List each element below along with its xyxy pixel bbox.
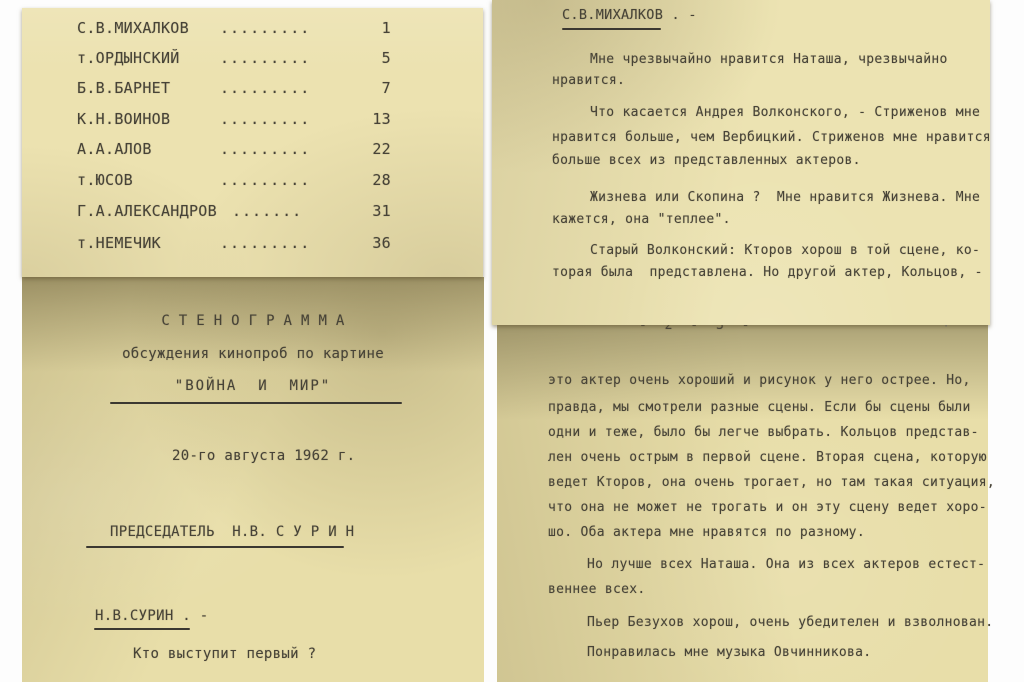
toc-name: Г.А.АЛЕКСАНДРОВ — [77, 202, 217, 220]
mikhalkov-underline — [562, 28, 661, 30]
toc-dots: ......... — [220, 110, 310, 128]
toc-name: Б.В.БАРНЕТ — [77, 79, 170, 97]
chairman-underline — [86, 546, 344, 548]
scanned-document-page: { "document": { "language": "ru", "kind"… — [0, 0, 1024, 682]
speech-line: Пьер Безухов хорош, очень убедителен и в… — [587, 615, 993, 630]
toc-row: т.ЮСОВ ......... 28 — [77, 171, 437, 193]
speech-line: больше всех из представленных актеров. — [552, 153, 861, 168]
toc-dots: ......... — [220, 79, 310, 97]
toc-name: т.ОРДЫНСКИЙ — [77, 49, 180, 67]
speech-line: лен очень острым в первой сцене. Вторая … — [548, 450, 987, 465]
speech-line: кажется, она "теплее". — [552, 212, 731, 227]
speech-line: Старый Волконский: Кторов хорош в той сц… — [590, 243, 980, 258]
toc-row: С.В.МИХАЛКОВ ......... 1 — [77, 19, 437, 41]
toc-page-number: 1 — [345, 19, 391, 37]
speech-line: нравится больше, чем Вербицкий. Стрижено… — [552, 130, 991, 145]
speech-line: ведет Кторов, она очень трогает, но там … — [548, 475, 995, 490]
film-title: "ВОЙНА И МИР" — [22, 378, 484, 394]
toc-page-number: 5 — [345, 49, 391, 67]
speech-line: правда, мы смотрели разные сцены. Если б… — [548, 400, 971, 415]
toc-sheet: С.В.МИХАЛКОВ ......... 1 т.ОРДЫНСКИЙ ...… — [22, 8, 483, 277]
toc-dots: ......... — [220, 49, 310, 67]
toc-row: Г.А.АЛЕКСАНДРОВ ....... 31 — [77, 202, 437, 224]
chairman-line: ПРЕДСЕДАТЕЛЬ Н.В. С У Р И Н — [110, 524, 354, 540]
speech-line: Что касается Андрея Волконского, - Стриж… — [590, 105, 980, 120]
speech-line: нравится. — [552, 73, 625, 88]
speech-line: что она не может не трогать и он эту сце… — [548, 500, 987, 515]
speech-line: Мне чрезвычайно нравится Наташа, чрезвыч… — [590, 52, 948, 67]
doc-subtitle: обсуждения кинопроб по картине — [22, 346, 484, 362]
speech-sheet-1: С.В.МИХАЛКОВ . - Мне чрезвычайно нравитс… — [492, 0, 990, 325]
speech-line: Но лучше всех Наташа. Она из всех актеро… — [587, 557, 985, 572]
toc-dots: ......... — [220, 19, 310, 37]
toc-dots: ......... — [220, 171, 310, 189]
toc-row: А.А.АЛОВ ......... 22 — [77, 140, 437, 162]
toc-page-number: 31 — [345, 202, 391, 220]
first-question: Кто выступит первый ? — [133, 646, 316, 662]
toc-page-number: 22 — [345, 140, 391, 158]
toc-page-number: 36 — [345, 234, 391, 252]
speech-line: Понравилась мне музыка Овчинникова. — [587, 645, 871, 660]
toc-row: т.НЕМЕЧИК ......... 36 — [77, 234, 437, 256]
speaker-heading-mikhalkov: С.В.МИХАЛКОВ . - — [562, 7, 697, 23]
speech-line: торая была представлена. Но другой актер… — [552, 265, 983, 280]
toc-row: К.Н.ВОИНОВ ......... 13 — [77, 110, 437, 132]
toc-page-number: 13 — [345, 110, 391, 128]
speech-line: одни и теже, было бы легче выбрать. Коль… — [548, 425, 979, 440]
toc-dots: ....... — [232, 202, 302, 220]
toc-row: т.ОРДЫНСКИЙ ......... 5 — [77, 49, 437, 71]
toc-name: т.ЮСОВ — [77, 171, 133, 189]
speech-line: это актер очень хороший и рисунок у него… — [548, 373, 971, 388]
toc-name: т.НЕМЕЧИК — [77, 234, 161, 252]
toc-dots: ......... — [220, 140, 310, 158]
toc-name: К.Н.ВОИНОВ — [77, 110, 170, 128]
toc-dots: ......... — [220, 234, 310, 252]
speech-line: веннее всех. — [548, 582, 646, 597]
toc-page-number: 7 — [345, 79, 391, 97]
toc-page-number: 28 — [345, 171, 391, 189]
toc-name: С.В.МИХАЛКОВ — [77, 19, 189, 37]
title-rule — [110, 402, 402, 404]
speech-line: шо. Оба актера мне нравятся по разному. — [548, 525, 865, 540]
session-date: 20-го августа 1962 г. — [172, 448, 355, 464]
toc-name: А.А.АЛОВ — [77, 140, 152, 158]
surin-underline — [94, 628, 190, 630]
title-page-sheet: С Т Е Н О Г Р А М М А обсуждения кинопро… — [22, 277, 484, 682]
speaker-heading-surin: Н.В.СУРИН . - — [95, 608, 208, 624]
speech-line: Жизнева или Скопина ? Мне нравится Жизне… — [590, 190, 980, 205]
toc-row: Б.В.БАРНЕТ ......... 7 — [77, 79, 437, 101]
speech-sheet-2: - 2 - 3 - 51 это актер очень хороший и р… — [497, 300, 988, 682]
